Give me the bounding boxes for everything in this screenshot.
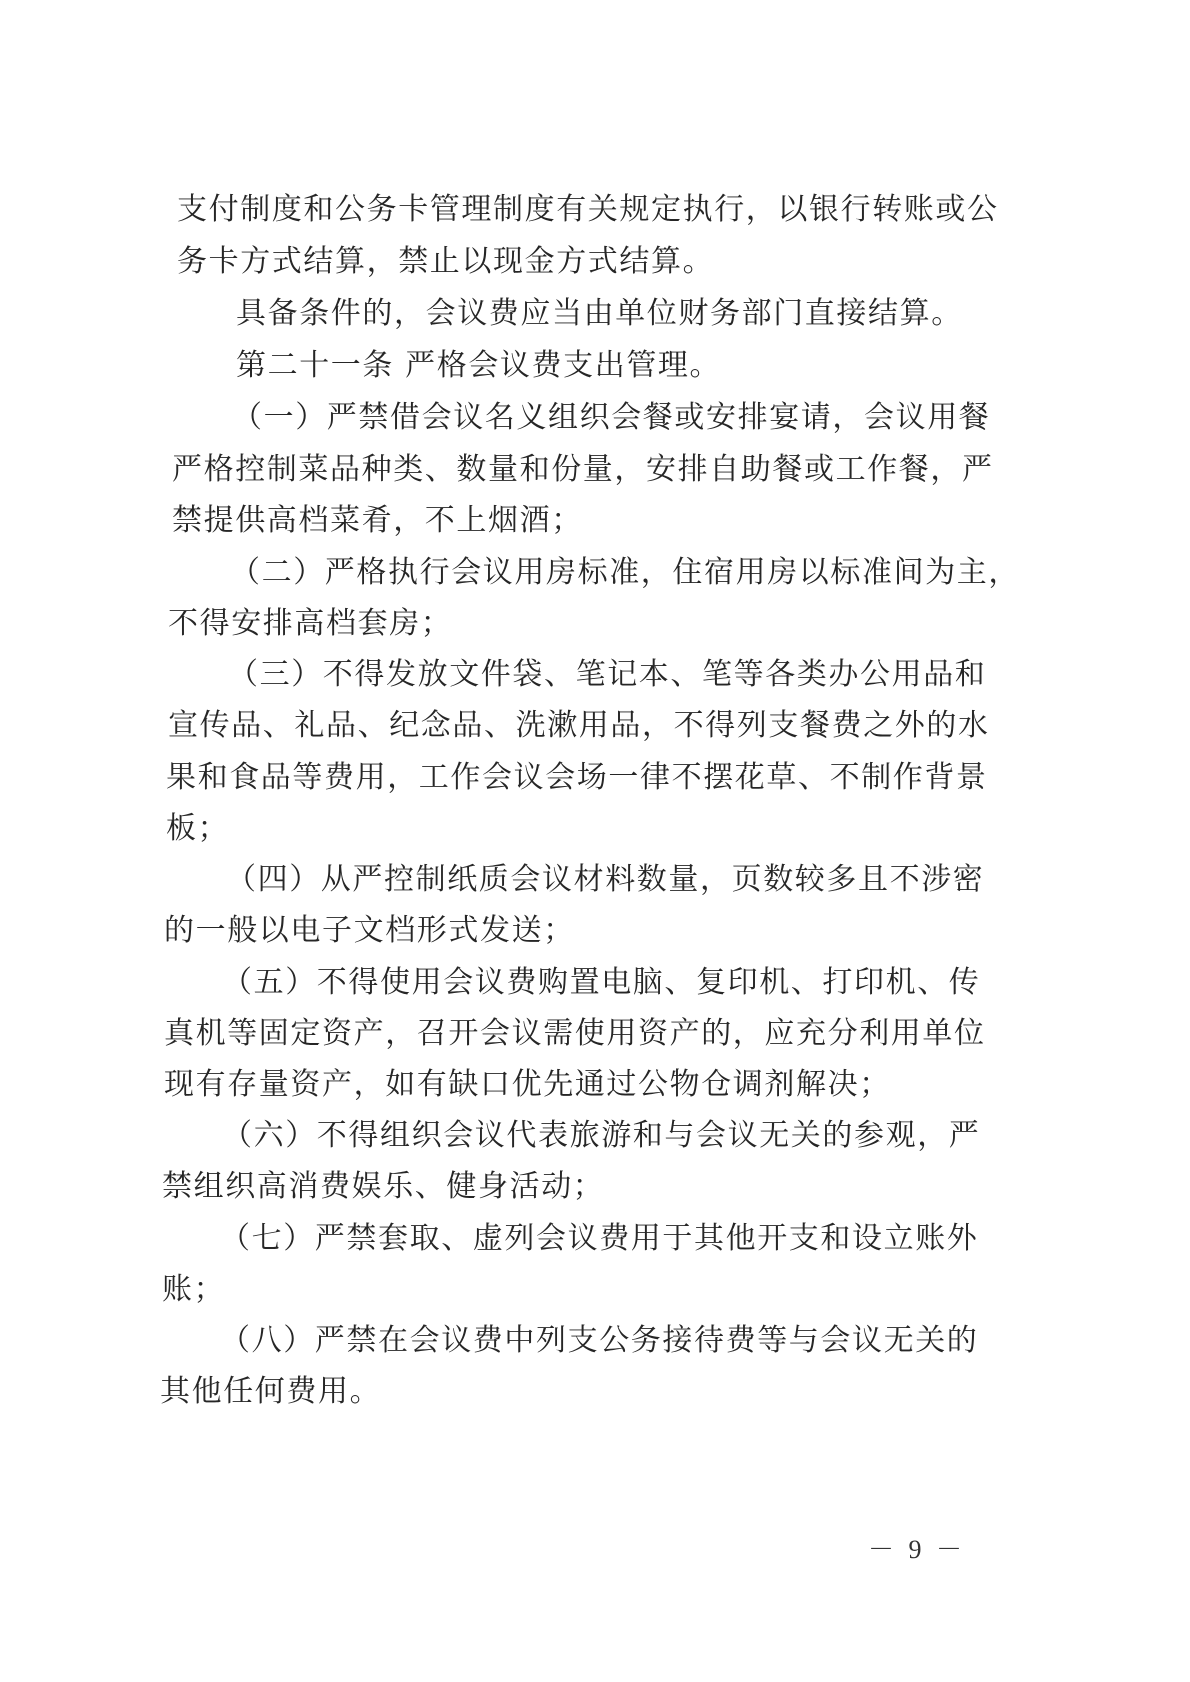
- clause-2-line-1: （二）严格执行会议用房标准，住宿用房以标准间为主，: [230, 555, 1020, 591]
- clause-8-line-2: 其他任何费用。: [160, 1374, 381, 1410]
- text-line-1: 支付制度和公务卡管理制度有关规定执行，以银行转账或公: [177, 192, 999, 228]
- clause-5-line-2: 真机等固定资产，召开会议需使用资产的，应充分利用单位: [164, 1016, 986, 1052]
- clause-3-line-1: （三）不得发放文件袋、笔记本、笔等各类办公用品和: [228, 657, 986, 693]
- page-number: － 9 －: [868, 1535, 966, 1565]
- clause-6-line-1: （六）不得组织会议代表旅游和与会议无关的参观，严: [222, 1118, 980, 1154]
- clause-7-line-1: （七）严禁套取、虚列会议费用于其他开支和设立账外: [220, 1221, 978, 1257]
- clause-4-line-2: 的一般以电子文档形式发送；: [164, 913, 575, 949]
- text-line-2: 务卡方式结算，禁止以现金方式结算。: [177, 244, 714, 280]
- clause-8-line-1: （八）严禁在会议费中列支公务接待费等与会议无关的: [220, 1323, 978, 1359]
- clause-3-line-4: 板；: [166, 811, 229, 847]
- text-line-3: 具备条件的，会议费应当由单位财务部门直接结算。: [236, 296, 963, 332]
- clause-3-line-3: 果和食品等费用，工作会议会场一律不摆花草、不制作背景: [166, 760, 988, 796]
- clause-1-line-1: （一）严禁借会议名义组织会餐或安排宴请，会议用餐: [232, 400, 990, 436]
- clause-4-line-1: （四）从严控制纸质会议材料数量，页数较多且不涉密: [226, 862, 984, 898]
- document-page: 支付制度和公务卡管理制度有关规定执行，以银行转账或公 务卡方式结算，禁止以现金方…: [0, 0, 1190, 1682]
- clause-3-line-2: 宣传品、礼品、纪念品、洗漱用品，不得列支餐费之外的水: [168, 708, 990, 744]
- clause-6-line-2: 禁组织高消费娱乐、健身活动；: [162, 1169, 604, 1205]
- article-heading: 第二十一条 严格会议费支出管理。: [236, 348, 721, 384]
- clause-7-line-2: 账；: [162, 1272, 225, 1308]
- clause-5-line-3: 现有存量资产，如有缺口优先通过公物仓调剂解决；: [164, 1067, 891, 1103]
- clause-2-line-2: 不得安排高档套房；: [168, 606, 452, 642]
- clause-5-line-1: （五）不得使用会议费购置电脑、复印机、打印机、传: [222, 965, 980, 1001]
- clause-1-line-2: 严格控制菜品种类、数量和份量，安排自助餐或工作餐，严: [172, 452, 994, 488]
- clause-1-line-3: 禁提供高档菜肴，不上烟酒；: [172, 503, 583, 539]
